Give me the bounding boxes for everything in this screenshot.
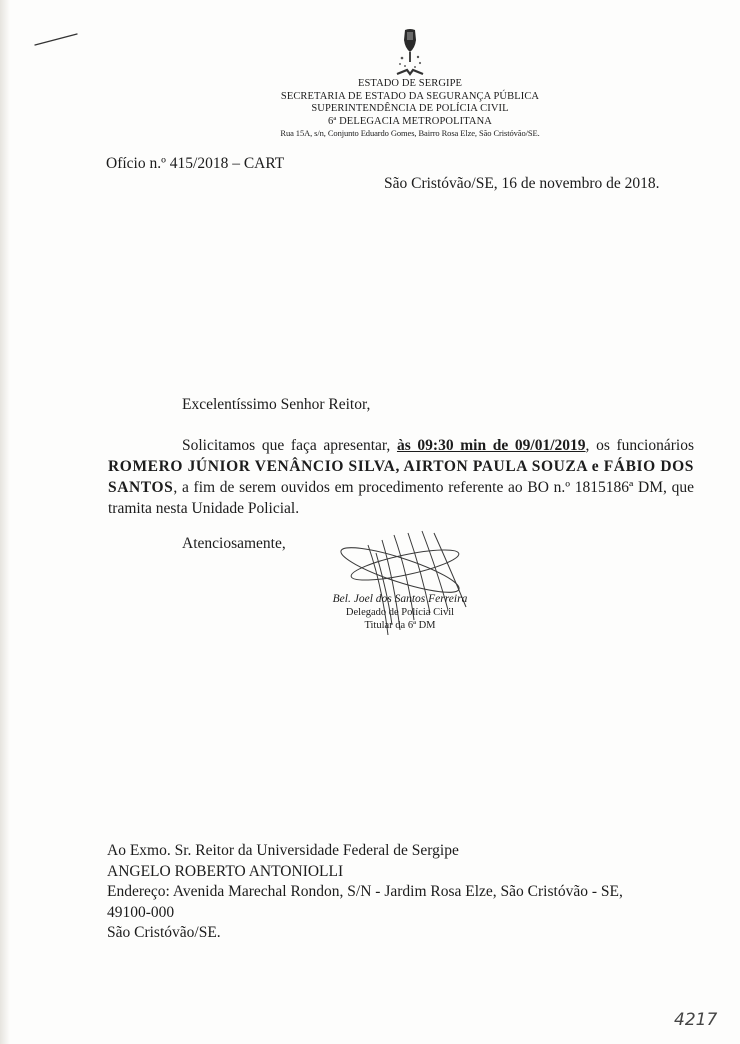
handwritten-page-number: 4217 [672,1003,728,1033]
body-text-3: , a fim de serem ouvidos em procedimento… [108,479,694,517]
body-text-1: Solicitamos que faça apresentar, [182,437,397,454]
signatory-role: Titular da 6ª DM [300,619,500,632]
salutation: Excelentíssimo Senhor Reitor, [182,396,370,414]
letterhead-superintendency: SUPERINTENDÊNCIA DE POLÍCIA CIVIL [240,103,580,116]
scan-page-edge [0,0,10,1044]
letterhead-precinct: 6ª DELEGACIA METROPOLITANA [240,116,580,129]
letterhead: ESTADO DE SERGIPE SECRETARIA DE ESTADO D… [240,28,580,139]
body-paragraph: Solicitamos que faça apresentar, às 09:3… [108,435,694,519]
signatory-title: Delegado de Polícia Civil [300,606,500,619]
recipient-postal-code: 49100-000 [107,903,623,924]
coat-of-arms-icon [393,28,427,78]
recipient-line: Ao Exmo. Sr. Reitor da Universidade Fede… [107,841,623,862]
letterhead-secretariat: SECRETARIA DE ESTADO DA SEGURANÇA PÚBLIC… [240,91,580,104]
recipient-city: São Cristóvão/SE. [107,923,623,944]
place-and-date: São Cristóvão/SE, 16 de novembro de 2018… [384,175,660,193]
letterhead-state: ESTADO DE SERGIPE [240,78,580,91]
body-text-2: , os funcionários [586,437,694,454]
closing: Atenciosamente, [182,535,286,553]
signatory-name: Bel. Joel dos Santos Ferreira [300,592,500,606]
recipient-address: Ao Exmo. Sr. Reitor da Universidade Fede… [107,841,623,944]
recipient-street: Endereço: Avenida Marechal Rondon, S/N -… [107,882,623,903]
letterhead-address: Rua 15A, s/n, Conjunto Eduardo Gomes, Ba… [240,128,580,139]
pen-stroke-mark [30,30,80,50]
page-number-text: 4217 [674,1010,717,1030]
appointment-datetime: às 09:30 min de 09/01/2019 [397,437,586,454]
signatory-block: Bel. Joel dos Santos Ferreira Delegado d… [300,592,500,632]
recipient-name: ANGELO ROBERTO ANTONIOLLI [107,862,623,883]
document-reference: Ofício n.º 415/2018 – CART [106,155,284,173]
